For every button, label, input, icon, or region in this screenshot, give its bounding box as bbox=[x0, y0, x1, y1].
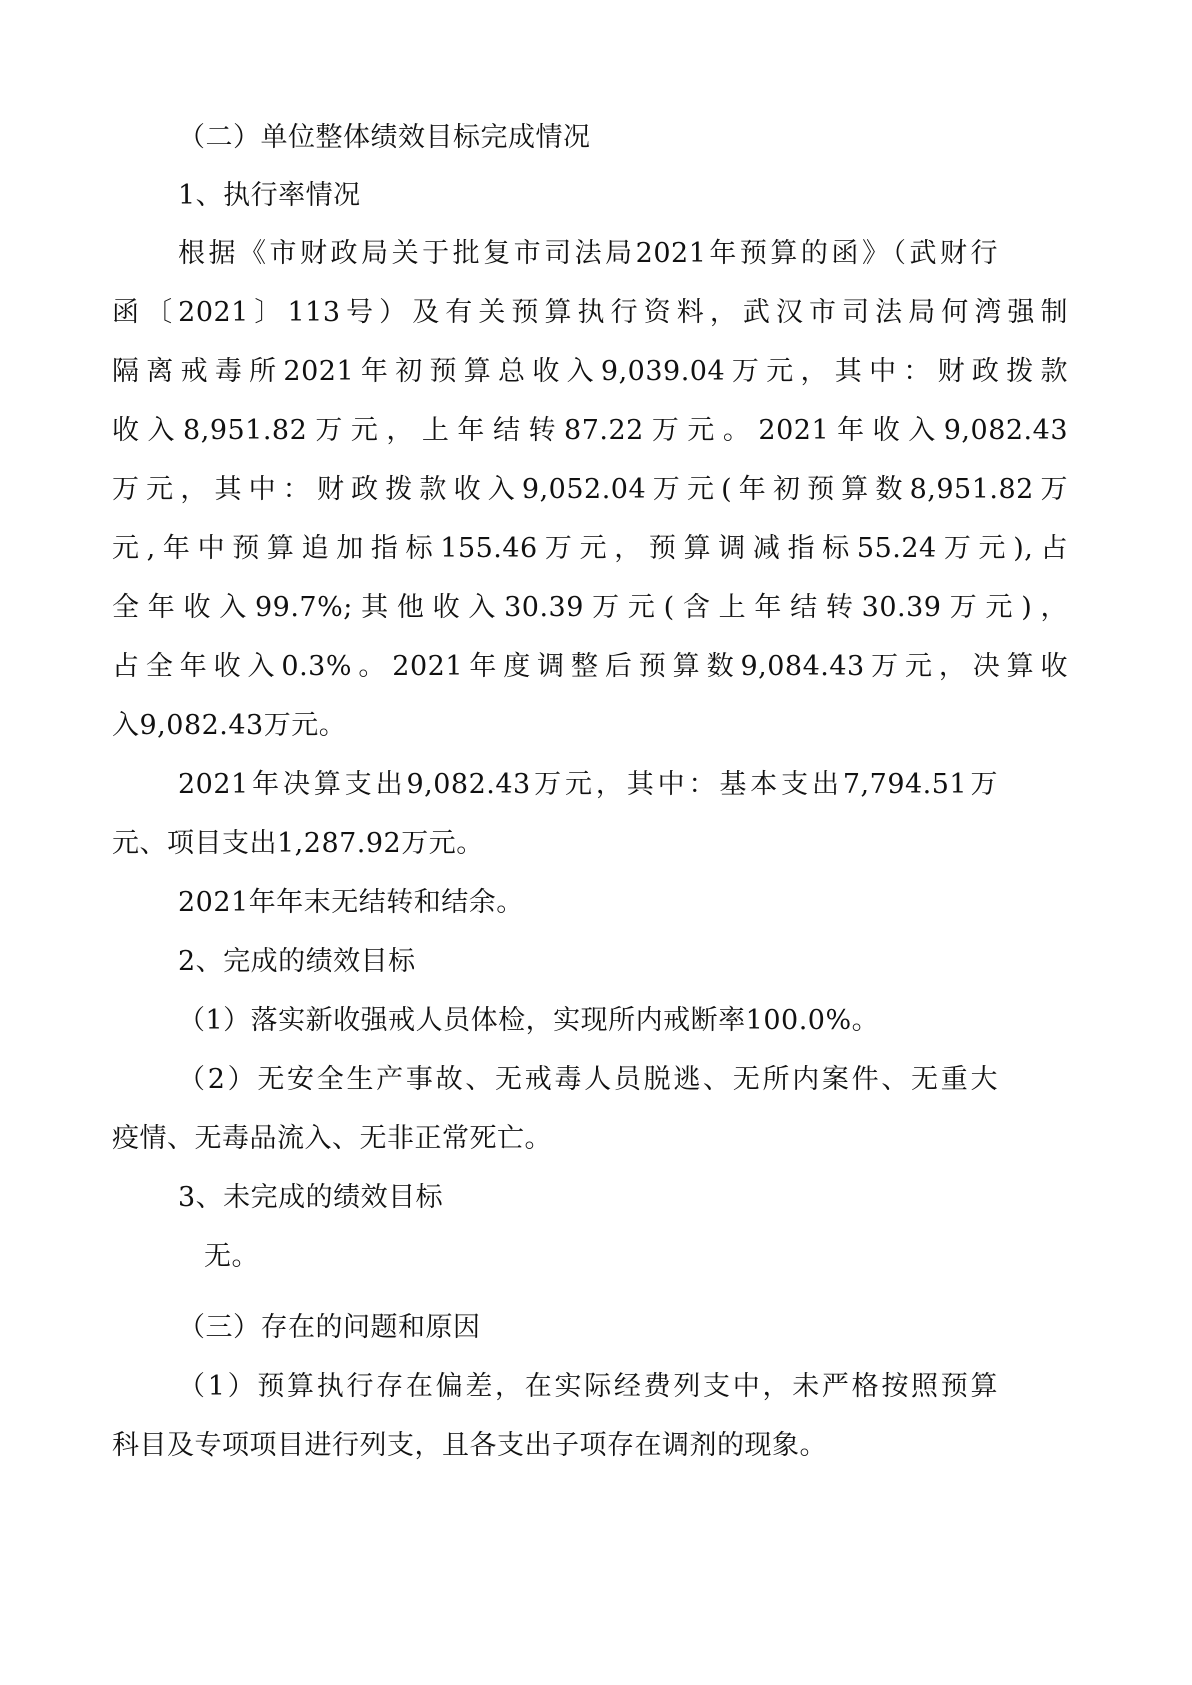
document-page: （二）单位整体绩效目标完成情况 1、执行率情况 根据《市财政局关于批复市司法局2… bbox=[0, 0, 1192, 1685]
paragraph-line: 全年收入99.7%;其他收入30.39万元(含上年结转30.39万元)， bbox=[112, 590, 1068, 626]
paragraph-line: 占全年收入0.3%。2021年度调整后预算数9,084.43万元，决算收 bbox=[112, 649, 1068, 685]
paragraph-line: 隔离戒毒所2021年初预算总收入9,039.04万元，其中：财政拨款 bbox=[112, 354, 1068, 390]
paragraph-line: 元,年中预算追加指标155.46万元，预算调减指标55.24万元),占 bbox=[112, 531, 1068, 567]
paragraph-line: 收入8,951.82万元，上年结转87.22万元。2021年收入9,082.43 bbox=[112, 413, 1068, 449]
paragraph-none: 无。 bbox=[204, 1239, 259, 1275]
list-item-problem-1-line: 科目及专项项目进行列支，且各支出子项存在调剂的现象。 bbox=[112, 1428, 827, 1464]
subheading-uncompleted-goals: 3、未完成的绩效目标 bbox=[178, 1180, 443, 1216]
paragraph-no-carryover: 2021年年末无结转和结余。 bbox=[178, 885, 524, 921]
list-item-goal-2-line: （2）无安全生产事故、无戒毒人员脱逃、无所内案件、无重大 bbox=[178, 1062, 998, 1098]
paragraph-line: 元、项目支出1,287.92万元。 bbox=[112, 826, 484, 862]
paragraph-line: 2021年决算支出9,082.43万元，其中：基本支出7,794.51万 bbox=[178, 767, 998, 803]
section-heading-problems: （三）存在的问题和原因 bbox=[178, 1310, 481, 1346]
list-item-goal-1: （1）落实新收强戒人员体检，实现所内戒断率100.0%。 bbox=[178, 1003, 879, 1039]
paragraph-line: 根据《市财政局关于批复市司法局2021年预算的函》（武财行 bbox=[178, 236, 998, 272]
list-item-problem-1-line: （1）预算执行存在偏差，在实际经费列支中，未严格按照预算 bbox=[178, 1369, 998, 1405]
paragraph-line: 函〔2021〕113号）及有关预算执行资料，武汉市司法局何湾强制 bbox=[112, 295, 1068, 331]
paragraph-line: 入9,082.43万元。 bbox=[112, 708, 346, 744]
subheading-execution-rate: 1、执行率情况 bbox=[178, 178, 361, 214]
subheading-completed-goals: 2、完成的绩效目标 bbox=[178, 944, 416, 980]
list-item-goal-2-line: 疫情、无毒品流入、无非正常死亡。 bbox=[112, 1121, 552, 1157]
paragraph-line: 万元，其中：财政拨款收入9,052.04万元(年初预算数8,951.82万 bbox=[112, 472, 1068, 508]
section-heading-performance-goals: （二）单位整体绩效目标完成情况 bbox=[178, 120, 591, 156]
